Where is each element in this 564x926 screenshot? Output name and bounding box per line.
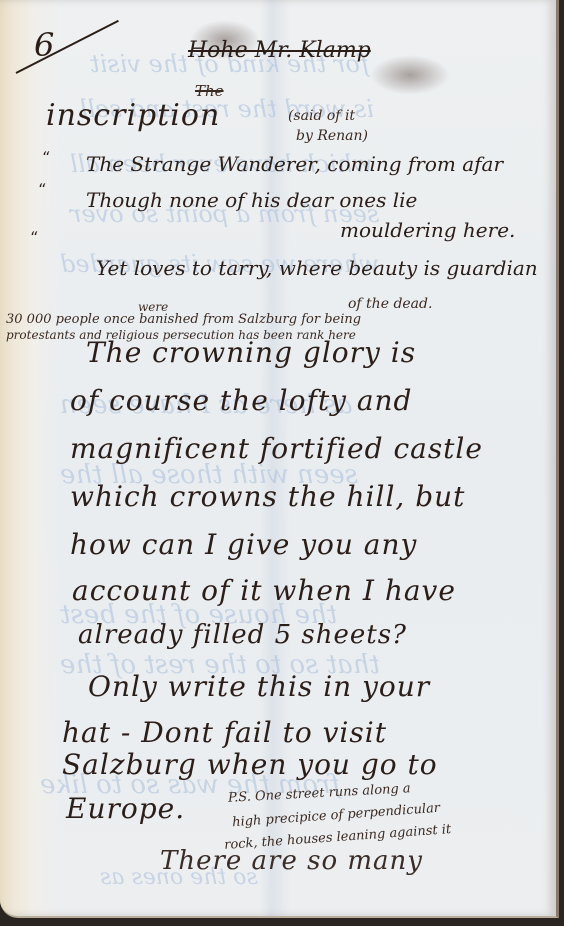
verse-line: Though none of his dear ones lie (86, 188, 417, 212)
aside-line-1: (said of it (288, 108, 355, 124)
page-number-slash (16, 20, 119, 74)
manuscript-page: for the kind of the visit is word the re… (0, 0, 559, 918)
verse-line: The Strange Wanderer, coming from afar (86, 152, 503, 176)
margin-note-line-1: 30 000 people once banished from Salzbur… (6, 312, 361, 327)
body-line: magnificent fortified castle (70, 432, 483, 465)
verse-line: Yet loves to tarry, where beauty is guar… (96, 256, 538, 280)
postscript-line-1: P.S. One street runs along a (228, 781, 411, 806)
quote-mark: “ (42, 148, 50, 167)
verse-line: mouldering here. (340, 218, 515, 242)
body-line: of course the lofty and (70, 384, 412, 417)
struck-out-title: Hohe Mr. Klamp (188, 38, 371, 63)
heading-inscription: inscription (46, 98, 220, 133)
body-line: Salzburg when you go to (62, 748, 438, 781)
quote-mark: “ (30, 228, 38, 247)
verse-line: of the dead. (348, 296, 432, 312)
body-line: account of it when I have (72, 574, 456, 607)
ink-smudge (370, 55, 450, 95)
closing-line: There are so many (160, 846, 423, 876)
body-line: hat - Dont fail to visit (62, 716, 387, 749)
quote-mark: “ (38, 180, 46, 199)
body-line: Europe. (66, 792, 185, 825)
body-line: Only write this in your (88, 670, 430, 703)
body-line: The crowning glory is (86, 336, 416, 369)
aside-line-2: by Renan) (296, 128, 368, 144)
body-line: which crowns the hill, but (70, 480, 465, 513)
body-line: how can I give you any (70, 528, 417, 561)
body-line: already filled 5 sheets? (78, 620, 407, 650)
